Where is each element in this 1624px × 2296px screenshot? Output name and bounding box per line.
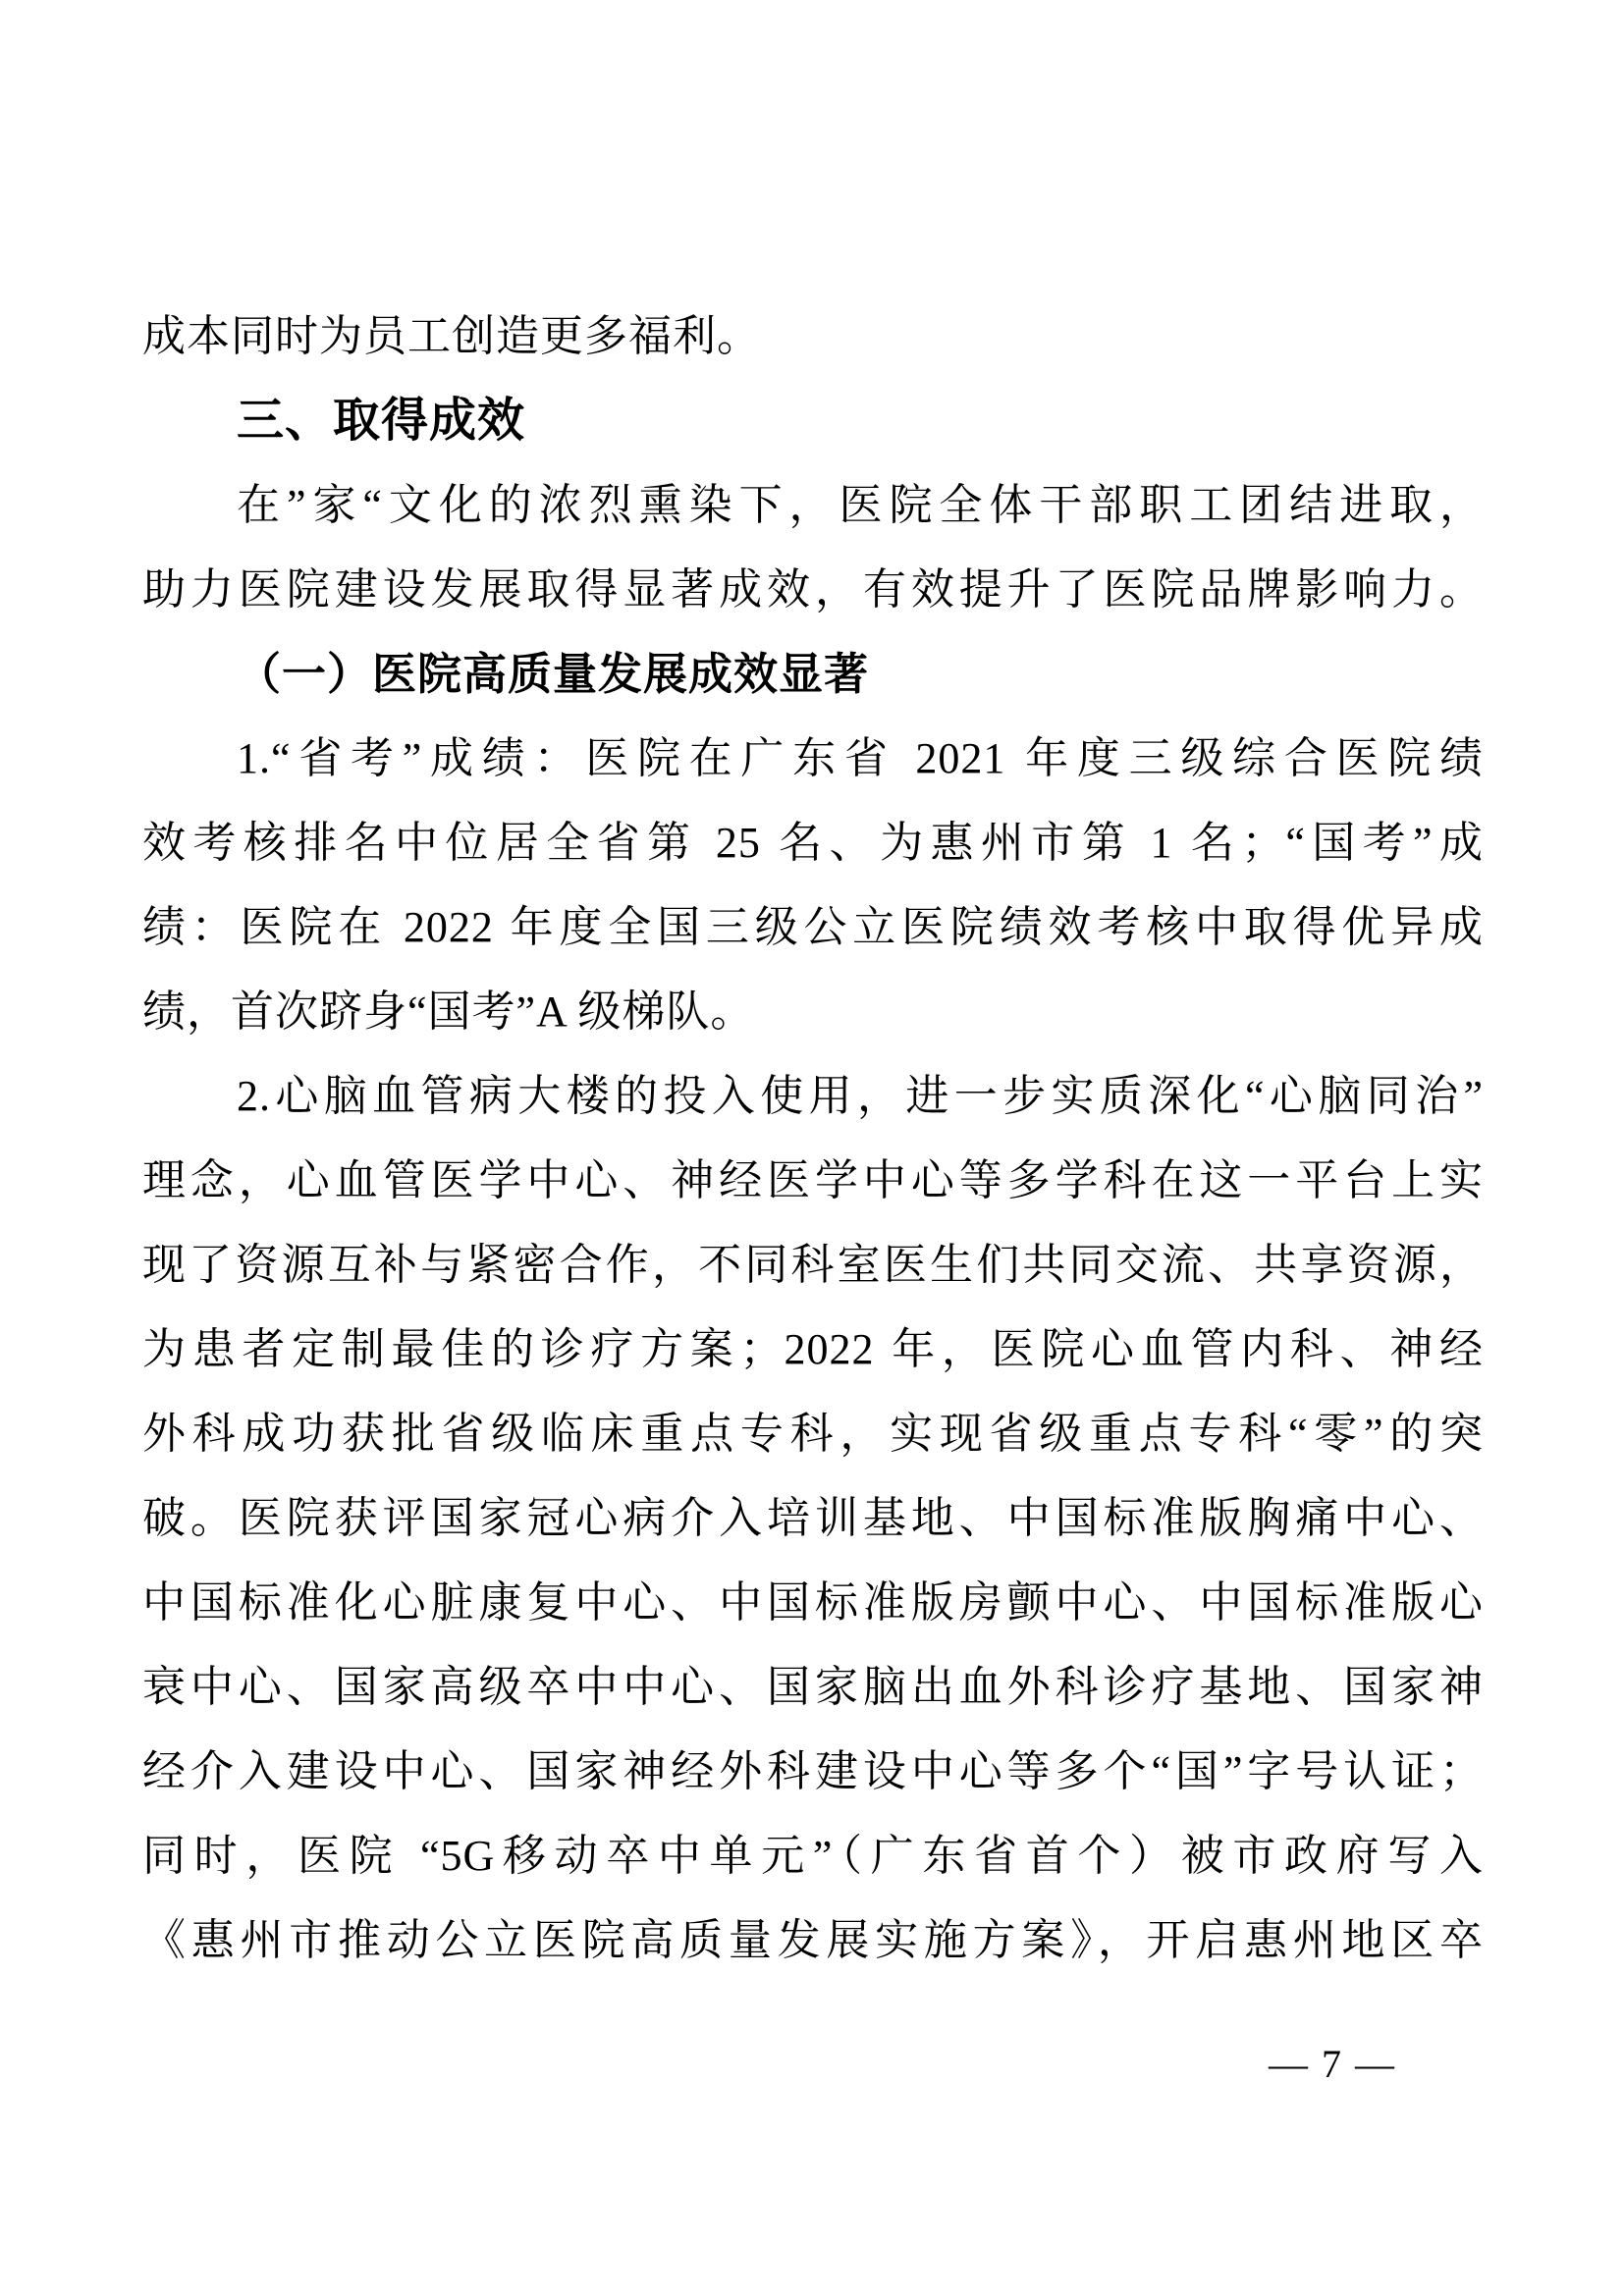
section-heading: 三、取得成效 bbox=[142, 379, 1484, 463]
body-line: 《惠州市推动公立医院高质量发展实施方案》，开启惠州地区卒 bbox=[142, 1898, 1484, 1983]
body-line: 同时，医院 “5G移动卒中单元”（广东省首个）被市政府写入 bbox=[142, 1814, 1484, 1898]
body-line: 在”家“文化的浓烈熏染下，医院全体干部职工团结进取， bbox=[142, 463, 1484, 548]
document-content: 成本同时为员工创造更多福利。 三、取得成效 在”家“文化的浓烈熏染下，医院全体干… bbox=[142, 294, 1484, 1983]
body-line: 中国标准化心脏康复中心、中国标准版房颤中心、中国标准版心 bbox=[142, 1561, 1484, 1645]
body-line: 理念，心血管医学中心、神经医学中心等多学科在这一平台上实 bbox=[142, 1139, 1484, 1223]
body-line: 经介入建设中心、国家神经外科建设中心等多个“国”字号认证； bbox=[142, 1730, 1484, 1814]
body-line: 外科成功获批省级临床重点专科，实现省级重点专科“零”的突 bbox=[142, 1392, 1484, 1476]
body-line: 2.心脑血管病大楼的投入使用，进一步实质深化“心脑同治” bbox=[142, 1054, 1484, 1139]
document-page: 成本同时为员工创造更多福利。 三、取得成效 在”家“文化的浓烈熏染下，医院全体干… bbox=[0, 0, 1624, 2296]
body-line: 现了资源互补与紧密合作，不同科室医生们共同交流、共享资源， bbox=[142, 1223, 1484, 1308]
body-line: 绩：医院在 2022 年度全国三级公立医院绩效考核中取得优异成 bbox=[142, 885, 1484, 970]
body-line: 破。医院获评国家冠心病介入培训基地、中国标准版胸痛中心、 bbox=[142, 1476, 1484, 1561]
body-line: 成本同时为员工创造更多福利。 bbox=[142, 294, 1484, 379]
body-line: 衰中心、国家高级卒中中心、国家脑出血外科诊疗基地、国家神 bbox=[142, 1645, 1484, 1730]
body-line: 助力医院建设发展取得显著成效，有效提升了医院品牌影响力。 bbox=[142, 548, 1484, 632]
body-line: 1.“省考”成绩：医院在广东省 2021 年度三级综合医院绩 bbox=[142, 717, 1484, 801]
body-line: 为患者定制最佳的诊疗方案；2022 年，医院心血管内科、神经 bbox=[142, 1308, 1484, 1392]
page-number: — 7 — bbox=[1269, 2042, 1396, 2087]
body-line: 效考核排名中位居全省第 25 名、为惠州市第 1 名；“国考”成 bbox=[142, 801, 1484, 885]
body-line: 绩，首次跻身“国考”A 级梯队。 bbox=[142, 970, 1484, 1054]
subsection-heading: （一）医院高质量发展成效显著 bbox=[142, 632, 1484, 717]
